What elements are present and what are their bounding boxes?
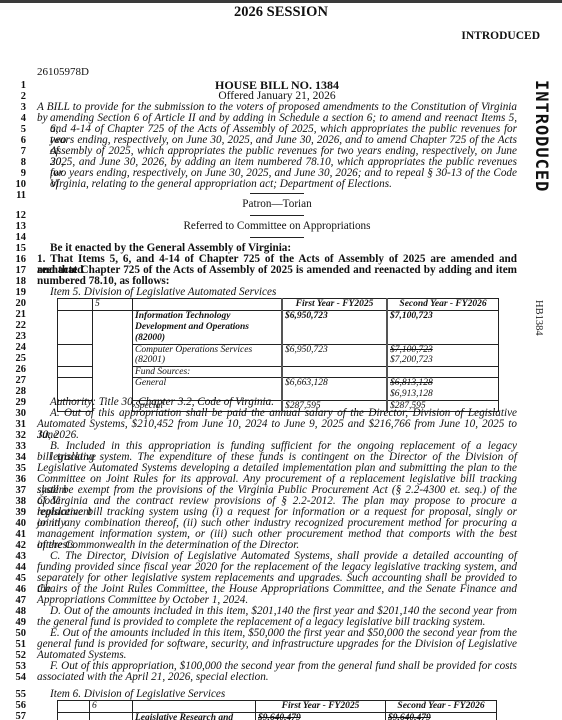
item5-heading: Item 5. Division of Legislative Automate… xyxy=(37,287,530,298)
line-number: 29 xyxy=(0,397,26,408)
item6-heading: Item 6. Division of Legislative Services xyxy=(37,689,530,700)
line-number: 56 xyxy=(0,700,26,711)
status-label: INTRODUCED xyxy=(461,30,540,42)
line-number: 21 xyxy=(0,309,26,320)
line-number: 26 xyxy=(0,364,26,375)
line-number: 41 xyxy=(0,529,26,540)
line-number: 27 xyxy=(0,375,26,386)
line-number: 42 xyxy=(0,540,26,551)
line-number: 17 xyxy=(0,265,26,276)
line-number: 45 xyxy=(0,573,26,584)
line-number: 12 xyxy=(0,210,26,221)
line-number: 55 xyxy=(0,689,26,700)
divider xyxy=(250,193,304,194)
line-number: 47 xyxy=(0,595,26,606)
document-number: 26105978D xyxy=(37,66,89,78)
line-number: 1 xyxy=(0,80,26,91)
line-number: 34 xyxy=(0,452,26,463)
line-number: 13 xyxy=(0,221,26,232)
line-number: 15 xyxy=(0,243,26,254)
line-number: 19 xyxy=(0,287,26,298)
line-number: 50 xyxy=(0,628,26,639)
patron: Patron—Torian xyxy=(37,199,517,210)
line-number: 24 xyxy=(0,342,26,353)
top-bar xyxy=(0,0,562,3)
line-number: 8 xyxy=(0,157,26,168)
line-number: 39 xyxy=(0,507,26,518)
line-number: 22 xyxy=(0,320,26,331)
table-header-row: 5First Year - FY2025Second Year - FY2026 xyxy=(58,299,499,311)
line-number: 48 xyxy=(0,606,26,617)
line-number: 51 xyxy=(0,639,26,650)
side-bill-id: HB1384 xyxy=(533,300,544,336)
line-number: 23 xyxy=(0,331,26,342)
line-number: 31 xyxy=(0,419,26,430)
line-number: 18 xyxy=(0,276,26,287)
table-row: Legislative Research and$9,640,479$9,640… xyxy=(58,712,497,720)
line-number: 46 xyxy=(0,584,26,595)
line-number: 9 xyxy=(0,168,26,179)
line-number: 11 xyxy=(0,190,26,201)
session-title: 2026 SESSION xyxy=(0,4,562,21)
divider xyxy=(250,215,304,216)
line-number: 44 xyxy=(0,562,26,573)
line-number: 49 xyxy=(0,617,26,628)
line-number: 6 xyxy=(0,135,26,146)
table-row: Information Technology Development and O… xyxy=(58,310,499,344)
line-number: 53 xyxy=(0,661,26,672)
line-number: 36 xyxy=(0,474,26,485)
line-number: 3 xyxy=(0,102,26,113)
line-number: 57 xyxy=(0,711,26,720)
line-number: 2 xyxy=(0,91,26,102)
line-number: 28 xyxy=(0,386,26,397)
paragraph-f-line: associated with the April 21, 2026, spec… xyxy=(37,672,517,683)
line-number: 25 xyxy=(0,353,26,364)
line-number: 10 xyxy=(0,179,26,190)
line-number: 16 xyxy=(0,254,26,265)
table-header-row: 6First Year - FY2025Second Year - FY2026 xyxy=(58,701,497,713)
line-number: 43 xyxy=(0,551,26,562)
divider xyxy=(250,237,304,238)
line-number: 40 xyxy=(0,518,26,529)
side-status-stamp: INTRODUCED xyxy=(531,80,551,240)
line-number: 14 xyxy=(0,232,26,243)
line-number: 20 xyxy=(0,298,26,309)
line-number: 54 xyxy=(0,672,26,683)
item6-table: 6First Year - FY2025Second Year - FY2026… xyxy=(57,700,497,720)
line-number: 33 xyxy=(0,441,26,452)
line-number: 38 xyxy=(0,496,26,507)
committee-referral: Referred to Committee on Appropriations xyxy=(37,221,517,232)
line-number: 37 xyxy=(0,485,26,496)
line-number: 30 xyxy=(0,408,26,419)
line-number: 52 xyxy=(0,650,26,661)
line-number: 5 xyxy=(0,124,26,135)
table-row: Fund Sources: xyxy=(58,366,499,378)
line-number: 7 xyxy=(0,146,26,157)
summary-line: Virginia, relating to the general approp… xyxy=(37,179,530,190)
line-number: 35 xyxy=(0,463,26,474)
line-number: 4 xyxy=(0,113,26,124)
line-number: 32 xyxy=(0,430,26,441)
